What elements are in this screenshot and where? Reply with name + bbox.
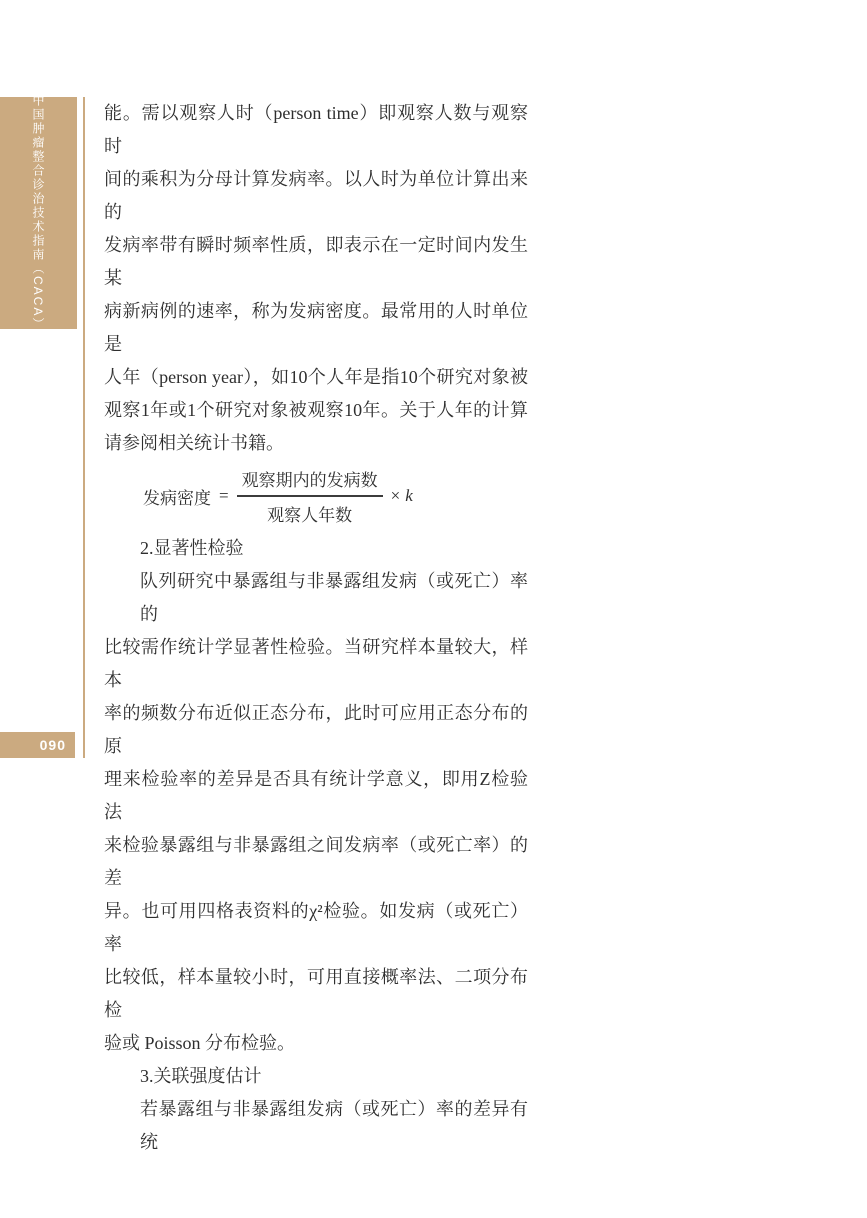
formula-times-sign: × [391,486,401,505]
text-line: 队列研究中暴露组与非暴露组发病（或死亡）率的 [104,565,528,631]
formula-multiplier: ×k [391,486,413,506]
formula-numerator: 观察期内的发病数 [237,466,383,497]
page-number: 090 [40,737,66,753]
text-line: 间的乘积为分母计算发病率。以人时为单位计算出来的 [104,163,528,229]
formula-lhs: 发病密度 [143,484,211,509]
text-line: 观察1年或1个研究对象被观察10年。关于人年的计算 [104,394,528,427]
text-line: 若暴露组与非暴露组发病（或死亡）率的差异有统 [104,1093,528,1159]
text-line: 验或 Poisson 分布检验。 [104,1027,528,1060]
text-line: 比较低，样本量较小时，可用直接概率法、二项分布检 [104,961,528,1027]
page-number-badge: 090 [0,732,75,758]
text-line: 异。也可用四格表资料的χ²检验。如发病（或死亡）率 [104,895,528,961]
text-line: 人年（person year），如10个人年是指10个研究对象被 [104,361,528,394]
vertical-divider [83,97,85,758]
formula-fraction: 观察期内的发病数观察人年数 [237,466,383,526]
formula-equals: = [219,486,229,506]
formula-variable-k: k [405,486,413,505]
section-heading: 2.显著性检验 [104,532,528,565]
incidence-density-formula: 发病密度=观察期内的发病数观察人年数×k [143,466,528,526]
text-line: 病新病例的速率，称为发病密度。最常用的人时单位是 [104,295,528,361]
text-line: 来检验暴露组与非暴露组之间发病率（或死亡率）的差 [104,829,528,895]
text-line: 能。需以观察人时（person time）即观察人数与观察时 [104,97,528,163]
text-line: 率的频数分布近似正态分布，此时可应用正态分布的原 [104,697,528,763]
text-line: 发病率带有瞬时频率性质，即表示在一定时间内发生某 [104,229,528,295]
formula-denominator: 观察人年数 [237,497,383,526]
sidebar-title-text: 中国肿瘤整合诊治技术指南（CACA） [30,94,47,331]
text-column: 能。需以观察人时（person time）即观察人数与观察时间的乘积为分母计算发… [104,97,528,1159]
book-page: { "sidebar": { "title": "中国肿瘤整合诊治技术指南（CA… [0,0,867,1218]
section-heading: 3.关联强度估计 [104,1060,528,1093]
sidebar-title-block: 中国肿瘤整合诊治技术指南（CACA） [0,97,77,329]
text-line: 比较需作统计学显著性检验。当研究样本量较大，样本 [104,631,528,697]
text-line: 请参阅相关统计书籍。 [104,427,528,460]
text-line: 理来检验率的差异是否具有统计学意义，即用Z检验法 [104,763,528,829]
